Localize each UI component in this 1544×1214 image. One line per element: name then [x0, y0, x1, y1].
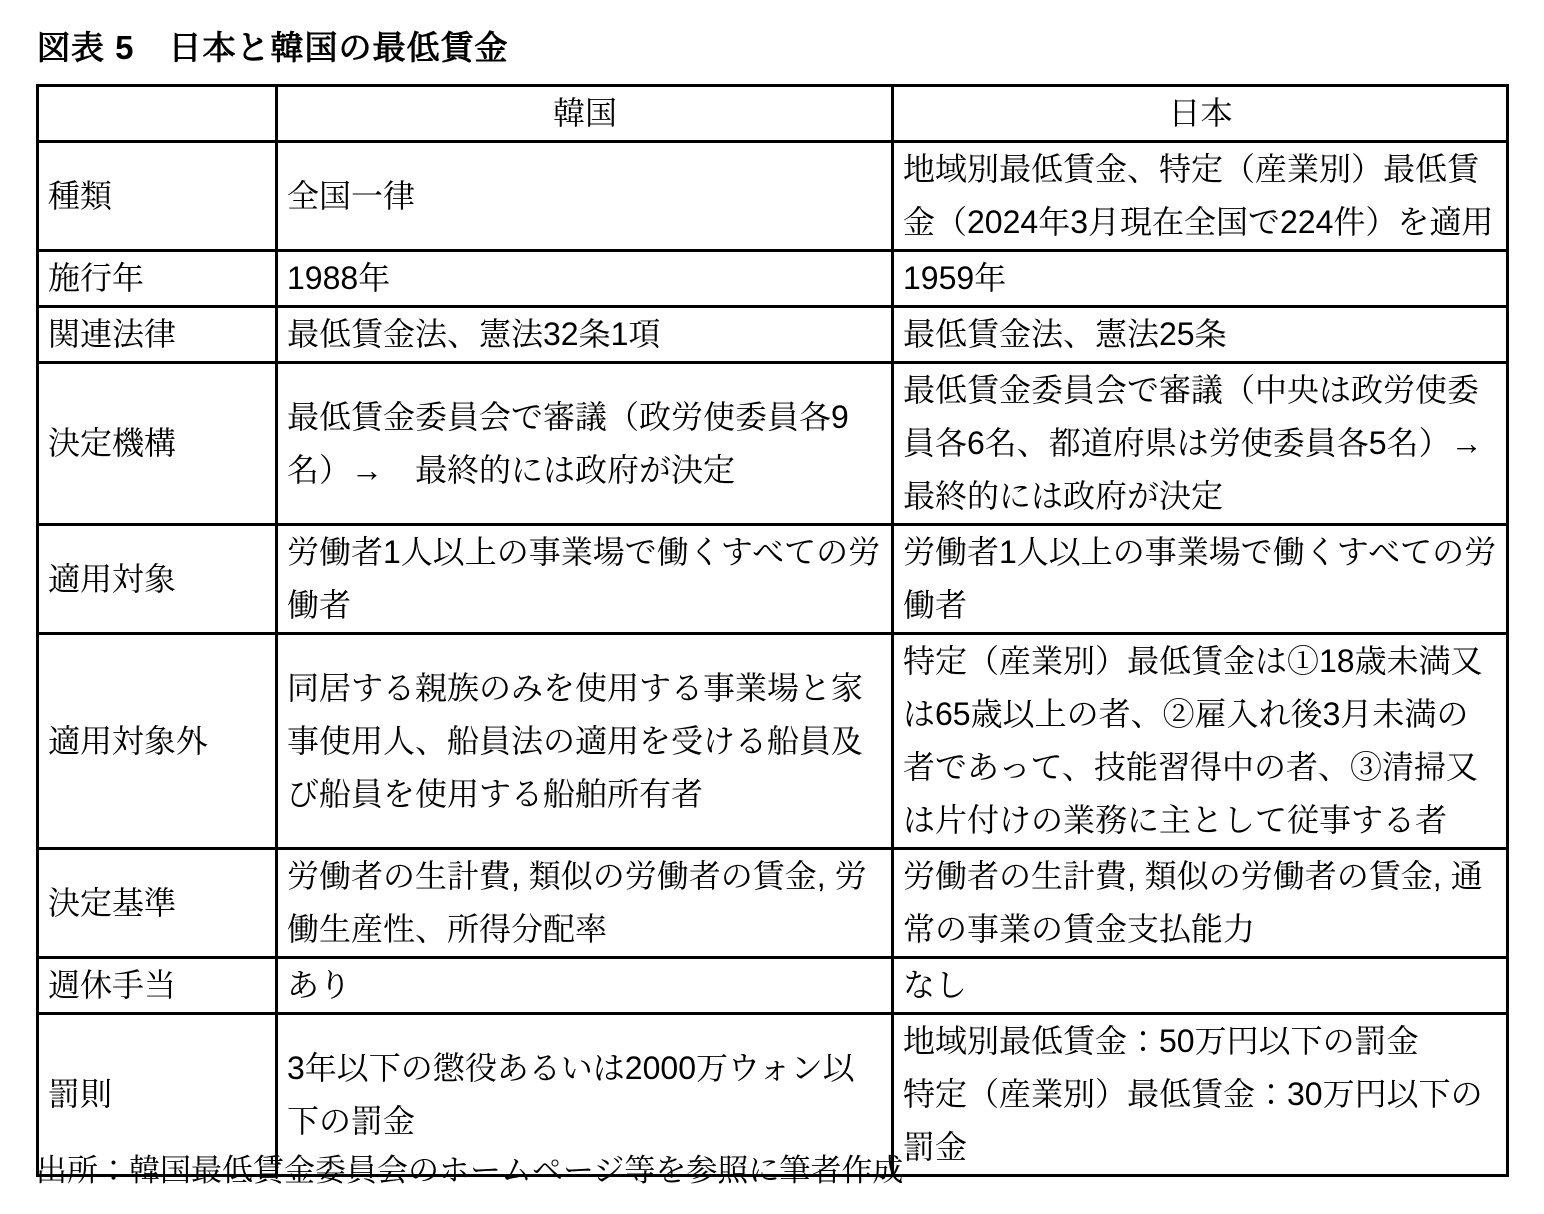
table-row: 決定機構 最低賃金委員会で審議（政労使委員各9名）→ 最終的には政府が決定 最低… [38, 363, 1508, 525]
table-row: 種類 全国一律 地域別最低賃金、特定（産業別）最低賃金（2024年3月現在全国で… [38, 142, 1508, 251]
korea-cell: あり [277, 958, 893, 1014]
japan-cell: 特定（産業別）最低賃金は①18歳未満又は65歳以上の者、②雇入れ後3月未満の者で… [893, 634, 1508, 849]
korea-cell: 最低賃金委員会で審議（政労使委員各9名）→ 最終的には政府が決定 [277, 363, 893, 525]
table-row: 施行年 1988年 1959年 [38, 251, 1508, 307]
document-page: 図表 5 日本と韓国の最低賃金 韓国 日本 種類 全国一律 地域別最低賃金、特定… [0, 0, 1544, 1214]
row-label: 適用対象 [38, 525, 277, 634]
korea-cell: 労働者の生計費, 類似の労働者の賃金, 労働生産性、所得分配率 [277, 849, 893, 958]
corner-cell [38, 86, 277, 142]
korea-cell: 全国一律 [277, 142, 893, 251]
row-label: 種類 [38, 142, 277, 251]
japan-cell: 労働者1人以上の事業場で働くすべての労働者 [893, 525, 1508, 634]
table-body: 韓国 日本 種類 全国一律 地域別最低賃金、特定（産業別）最低賃金（2024年3… [38, 86, 1508, 1176]
figure-title: 図表 5 日本と韓国の最低賃金 [37, 22, 509, 69]
japan-cell: 最低賃金法、憲法25条 [893, 307, 1508, 363]
header-row: 韓国 日本 [38, 86, 1508, 142]
korea-cell: 最低賃金法、憲法32条1項 [277, 307, 893, 363]
column-header-korea: 韓国 [277, 86, 893, 142]
row-label: 施行年 [38, 251, 277, 307]
table-row: 週休手当 あり なし [38, 958, 1508, 1014]
japan-cell: なし [893, 958, 1508, 1014]
column-header-japan: 日本 [893, 86, 1508, 142]
row-label: 適用対象外 [38, 634, 277, 849]
comparison-table: 韓国 日本 種類 全国一律 地域別最低賃金、特定（産業別）最低賃金（2024年3… [36, 84, 1509, 1177]
row-label: 関連法律 [38, 307, 277, 363]
row-label: 決定基準 [38, 849, 277, 958]
japan-cell: 労働者の生計費, 類似の労働者の賃金, 通常の事業の賃金支払能力 [893, 849, 1508, 958]
table-row: 関連法律 最低賃金法、憲法32条1項 最低賃金法、憲法25条 [38, 307, 1508, 363]
japan-cell: 地域別最低賃金、特定（産業別）最低賃金（2024年3月現在全国で224件）を適用 [893, 142, 1508, 251]
table-row: 決定基準 労働者の生計費, 類似の労働者の賃金, 労働生産性、所得分配率 労働者… [38, 849, 1508, 958]
japan-cell: 地域別最低賃金：50万円以下の罰金 特定（産業別）最低賃金：30万円以下の罰金 [893, 1014, 1508, 1176]
korea-cell: 同居する親族のみを使用する事業場と家事使用人、船員法の適用を受ける船員及び船員を… [277, 634, 893, 849]
row-label: 週休手当 [38, 958, 277, 1014]
table-row: 適用対象 労働者1人以上の事業場で働くすべての労働者 労働者1人以上の事業場で働… [38, 525, 1508, 634]
table-row: 適用対象外 同居する親族のみを使用する事業場と家事使用人、船員法の適用を受ける船… [38, 634, 1508, 849]
korea-cell: 1988年 [277, 251, 893, 307]
japan-cell: 最低賃金委員会で審議（中央は政労使委員各6名、都道府県は労使委員各5名）→ 最終… [893, 363, 1508, 525]
row-label: 決定機構 [38, 363, 277, 525]
korea-cell: 労働者1人以上の事業場で働くすべての労働者 [277, 525, 893, 634]
japan-cell: 1959年 [893, 251, 1508, 307]
source-note: 出所：韓国最低賃金委員会のホームページ等を参照に筆者作成 [36, 1150, 903, 1192]
